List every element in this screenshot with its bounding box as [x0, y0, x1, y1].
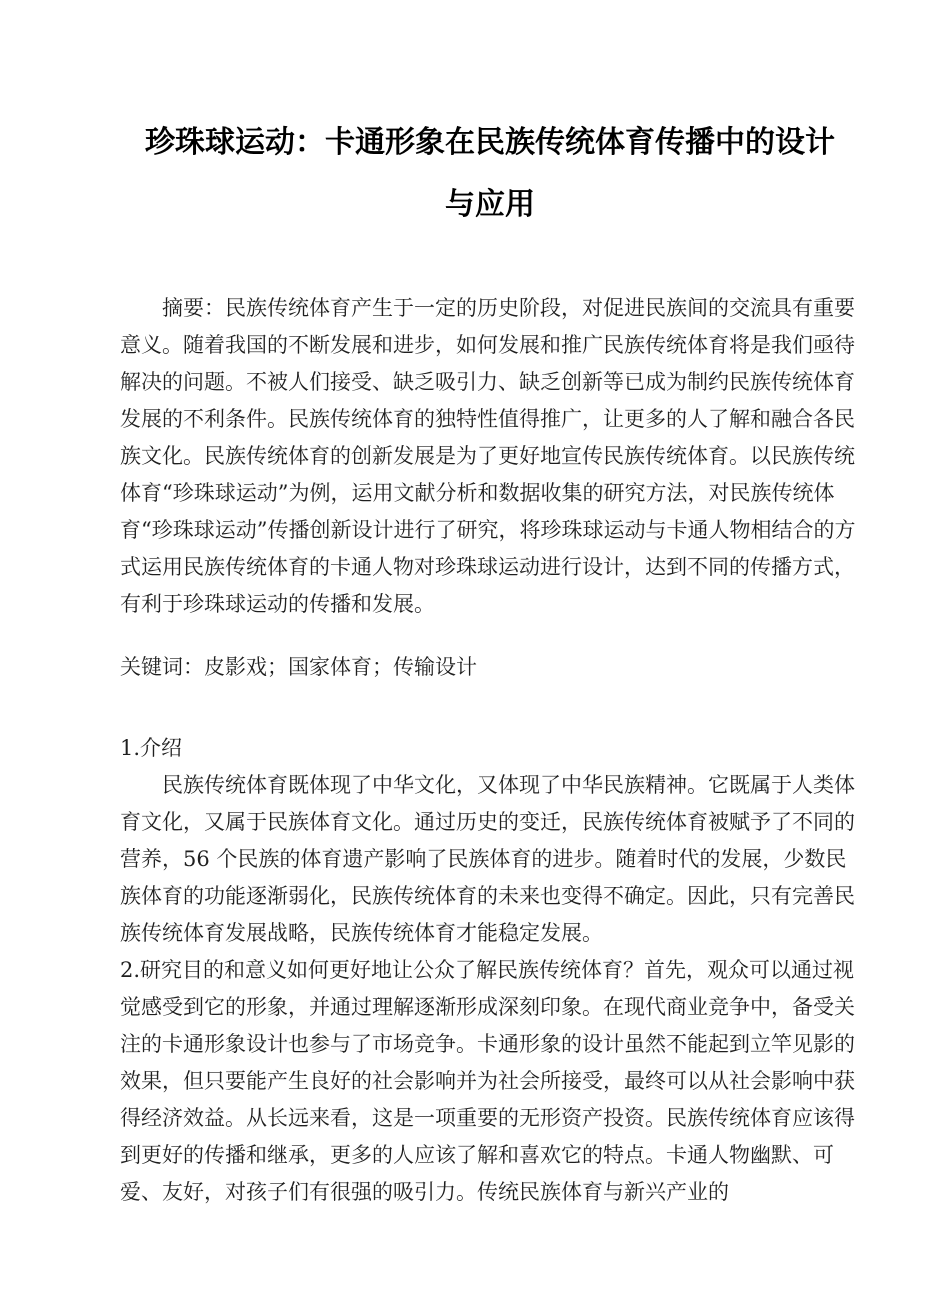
document-title: 珍珠球运动：卡通形象在民族传统体育传播中的设计 与应用 [120, 112, 860, 236]
section-1-heading: 1.介绍 [120, 730, 860, 767]
document-page: 珍珠球运动：卡通形象在民族传统体育传播中的设计 与应用 摘要：民族传统体育产生于… [0, 0, 926, 1309]
document-title-line-2: 与应用 [120, 174, 860, 236]
document-content: 珍珠球运动：卡通形象在民族传统体育传播中的设计 与应用 摘要：民族传统体育产生于… [120, 112, 860, 1211]
keywords-line: 关键词：皮影戏；国家体育；传输设计 [120, 649, 860, 686]
abstract-paragraph: 摘要：民族传统体育产生于一定的历史阶段，对促进民族间的交流具有重要意义。随着我国… [120, 290, 860, 623]
section-2-paragraph: 2.研究目的和意义如何更好地让公众了解民族传统体育？首先，观众可以通过视觉感受到… [120, 952, 860, 1211]
section-1-paragraph: 民族传统体育既体现了中华文化，又体现了中华民族精神。它既属于人类体育文化，又属于… [120, 767, 860, 952]
document-title-line-1: 珍珠球运动：卡通形象在民族传统体育传播中的设计 [120, 112, 860, 174]
